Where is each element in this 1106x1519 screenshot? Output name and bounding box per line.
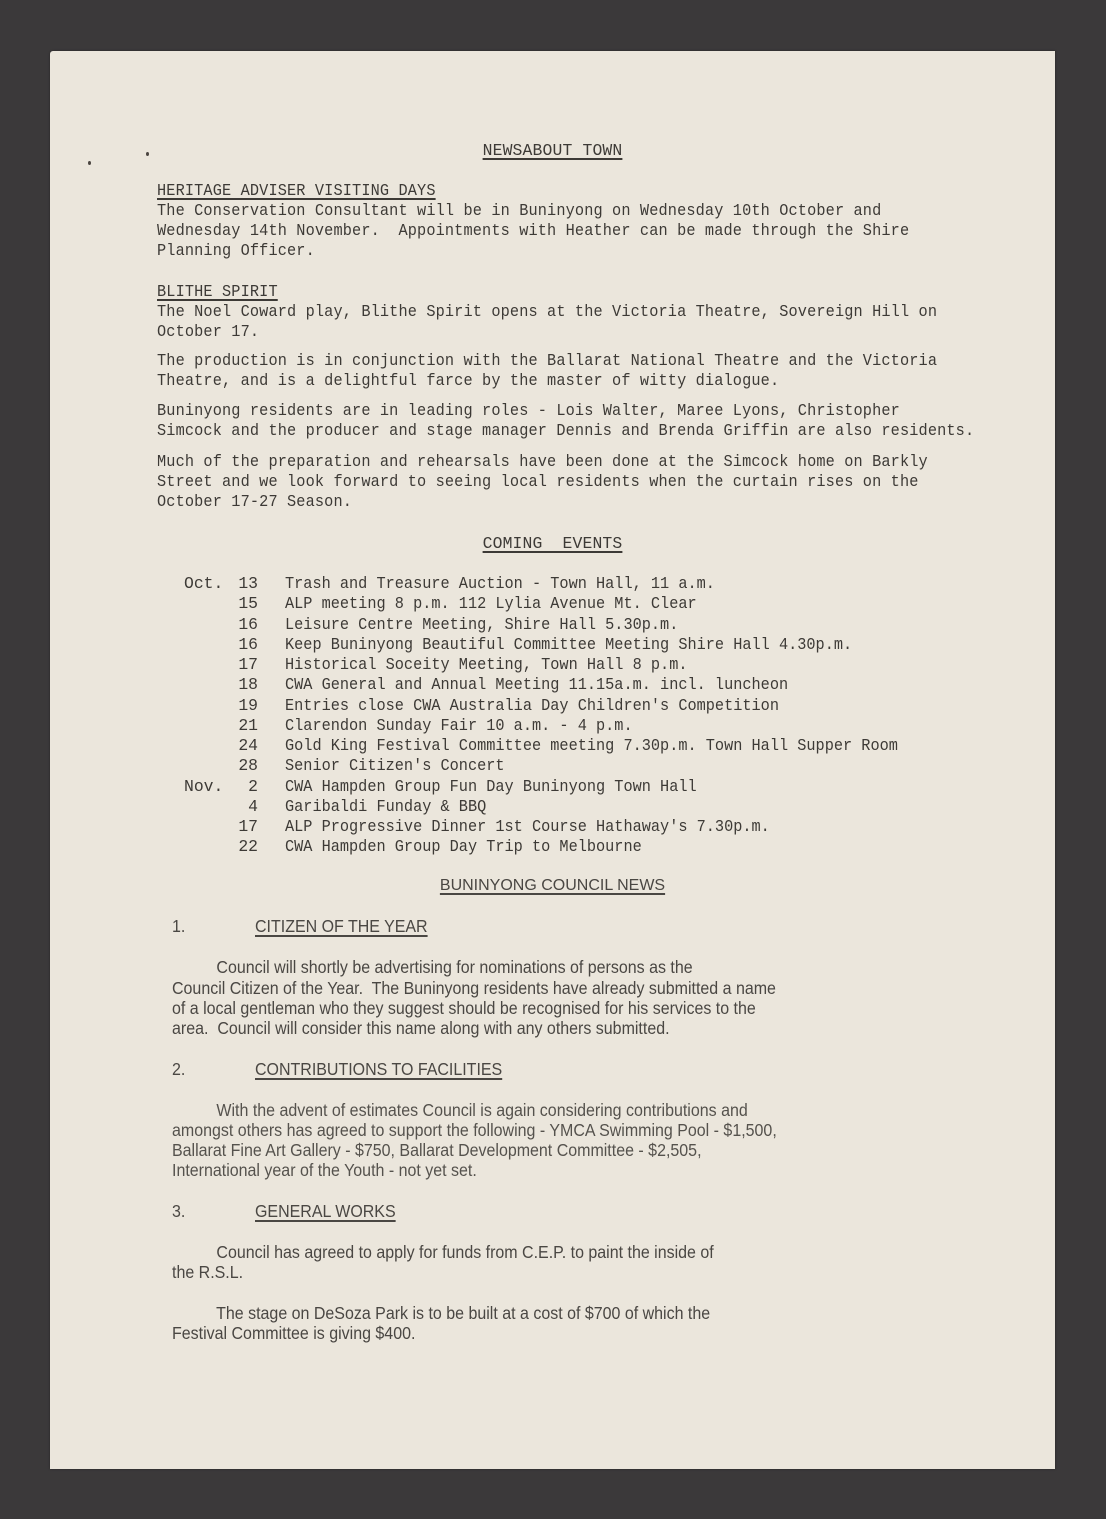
event-day: 4: [232, 797, 258, 817]
section-heading-coming-events: COMING EVENTS: [50, 534, 1055, 554]
event-day: 19: [232, 696, 258, 716]
event-description: Garibaldi Funday & BBQ: [285, 797, 486, 817]
blithe-line: The Noel Coward play, Blithe Spirit open…: [157, 302, 937, 322]
event-month: Oct.: [184, 574, 223, 594]
event-day: 28: [232, 756, 258, 776]
heritage-line: Wednesday 14th November. Appointments wi…: [157, 221, 909, 241]
section-heading-blithe-spirit: BLITHE SPIRIT: [157, 282, 278, 302]
blithe-line: Buninyong residents are in leading roles…: [157, 401, 900, 421]
event-day: 18: [232, 675, 258, 695]
event-day: 17: [232, 655, 258, 675]
item-heading-general-works: GENERAL WORKS: [255, 1201, 396, 1221]
event-day: 17: [232, 817, 258, 837]
council-line: Ballarat Fine Art Gallery - $750, Ballar…: [172, 1140, 702, 1160]
event-description: Senior Citizen's Concert: [285, 756, 505, 776]
event-description: Historical Soceity Meeting, Town Hall 8 …: [285, 655, 688, 675]
document-page: NEWSABOUT TOWN HERITAGE ADVISER VISITING…: [50, 51, 1055, 1469]
paper-speck: [88, 161, 91, 165]
blithe-line: Much of the preparation and rehearsals h…: [157, 452, 928, 472]
blithe-line: Theatre, and is a delightful farce by th…: [157, 371, 779, 391]
section-heading-heritage: HERITAGE ADVISER VISITING DAYS: [157, 181, 436, 201]
item-number: 3.: [172, 1201, 185, 1221]
event-description: CWA Hampden Group Fun Day Buninyong Town…: [285, 777, 697, 797]
council-line: amongst others has agreed to support the…: [172, 1120, 777, 1140]
event-description: ALP Progressive Dinner 1st Course Hathaw…: [285, 817, 770, 837]
event-day: 15: [232, 594, 258, 614]
event-description: Trash and Treasure Auction - Town Hall, …: [285, 574, 715, 594]
blithe-line: Simcock and the producer and stage manag…: [157, 421, 974, 441]
blithe-line: October 17.: [157, 322, 259, 342]
item-number: 2.: [172, 1059, 185, 1079]
section-heading-council-news: BUNINYONG COUNCIL NEWS: [50, 876, 1055, 896]
heritage-line: The Conservation Consultant will be in B…: [157, 201, 881, 221]
event-day: 22: [232, 837, 258, 857]
event-day: 13: [232, 574, 258, 594]
council-line: International year of the Youth - not ye…: [172, 1160, 477, 1180]
event-description: Gold King Festival Committee meeting 7.3…: [285, 736, 898, 756]
event-month: Nov.: [184, 777, 223, 797]
event-day: 2: [232, 777, 258, 797]
event-day: 24: [232, 736, 258, 756]
item-number: 1.: [172, 916, 185, 936]
event-day: 16: [232, 635, 258, 655]
item-heading-contributions: CONTRIBUTIONS TO FACILITIES: [255, 1059, 502, 1079]
event-description: CWA Hampden Group Day Trip to Melbourne: [285, 837, 642, 857]
blithe-line: October 17-27 Season.: [157, 492, 352, 512]
event-description: ALP meeting 8 p.m. 112 Lylia Avenue Mt. …: [285, 594, 697, 614]
event-description: Keep Buninyong Beautiful Committee Meeti…: [285, 635, 852, 655]
event-description: Entries close CWA Australia Day Children…: [285, 696, 779, 716]
item-heading-citizen-of-the-year: CITIZEN OF THE YEAR: [255, 916, 428, 936]
council-line: Council has agreed to apply for funds fr…: [172, 1242, 714, 1262]
blithe-line: Street and we look forward to seeing loc…: [157, 472, 919, 492]
council-line: The stage on DeSoza Park is to be built …: [172, 1303, 710, 1323]
event-description: CWA General and Annual Meeting 11.15a.m.…: [285, 675, 788, 695]
council-line: Council Citizen of the Year. The Buninyo…: [172, 978, 776, 998]
event-day: 16: [232, 615, 258, 635]
council-line: With the advent of estimates Council is …: [172, 1100, 748, 1120]
council-line: Council will shortly be advertising for …: [172, 957, 693, 977]
blithe-line: The production is in conjunction with th…: [157, 351, 937, 371]
page-title: NEWSABOUT TOWN: [50, 141, 1055, 161]
heritage-line: Planning Officer.: [157, 241, 315, 261]
council-line: area. Council will consider this name al…: [172, 1018, 670, 1038]
council-line: the R.S.L.: [172, 1262, 243, 1282]
council-line: of a local gentleman who they suggest sh…: [172, 998, 756, 1018]
council-line: Festival Committee is giving $400.: [172, 1323, 415, 1343]
event-day: 21: [232, 716, 258, 736]
event-description: Leisure Centre Meeting, Shire Hall 5.30p…: [285, 615, 678, 635]
event-description: Clarendon Sunday Fair 10 a.m. - 4 p.m.: [285, 716, 633, 736]
